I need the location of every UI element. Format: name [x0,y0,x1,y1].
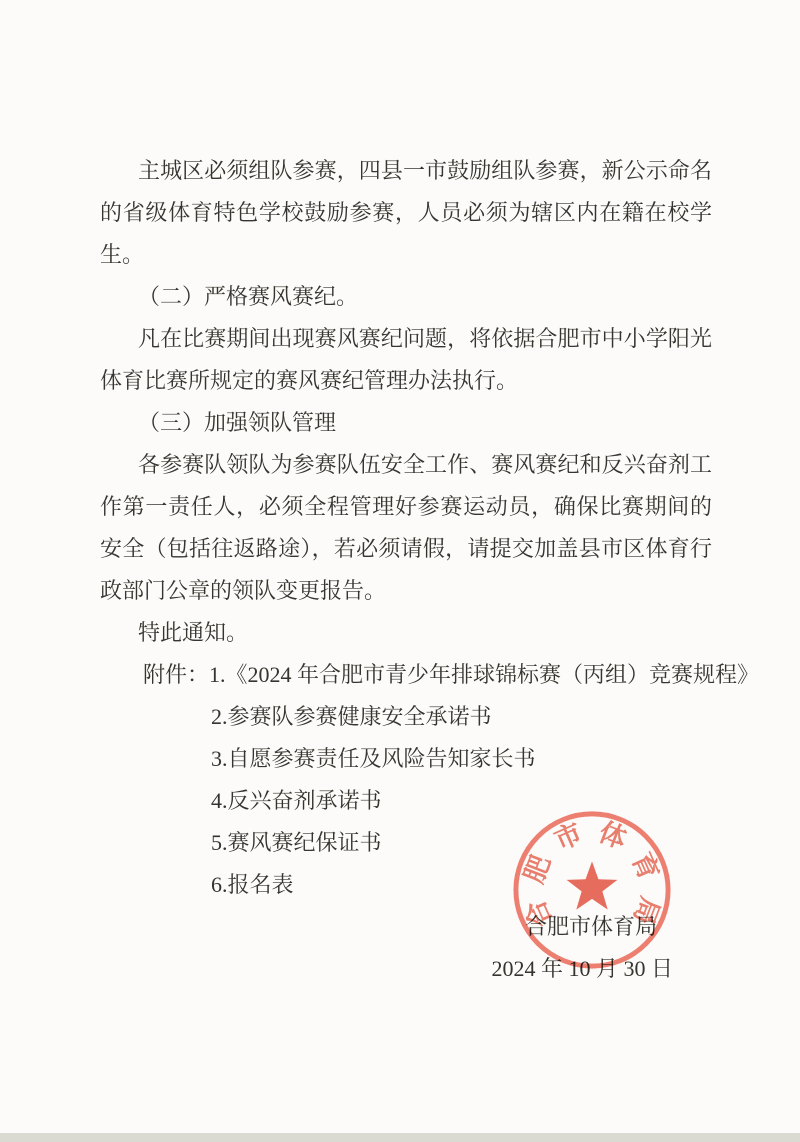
attachment-item: 4.反兴奋剂承诺书 [211,780,712,822]
attachment-item: 6.报名表 [211,864,712,906]
attachment-row: 附件： 1.《2024 年合肥市青少年排球锦标赛（丙组）竞赛规程》 [143,654,712,696]
document-body: 主城区必须组队参赛，四县一市鼓励组队参赛，新公示命名的省级体育特色学校鼓励参赛，… [100,150,712,990]
attachments-label: 附件： [143,654,209,696]
attachment-item: 5.赛风赛纪保证书 [211,822,712,864]
document-page: 主城区必须组队参赛，四县一市鼓励组队参赛，新公示命名的省级体育特色学校鼓励参赛，… [0,0,800,1142]
paragraph: 各参赛队领队为参赛队伍安全工作、赛风赛纪和反兴奋剂工作第一责任人，必须全程管理好… [100,444,712,612]
attachment-item: 1.《2024 年合肥市青少年排球锦标赛（丙组）竞赛规程》 [209,654,759,696]
attachments-list: 附件： 1.《2024 年合肥市青少年排球锦标赛（丙组）竞赛规程》 2.参赛队参… [100,654,712,906]
paragraph: 主城区必须组队参赛，四县一市鼓励组队参赛，新公示命名的省级体育特色学校鼓励参赛，… [100,150,712,276]
attachment-item: 3.自愿参赛责任及风险告知家长书 [211,738,712,780]
attachment-item: 2.参赛队参赛健康安全承诺书 [211,696,712,738]
paragraph: （二）严格赛风赛纪。 [100,276,712,318]
page-edge-shadow [0,1133,800,1142]
signature-org: 合肥市体育局 [100,906,712,948]
signature-date: 2024 年 10 月 30 日 [100,948,712,990]
paragraph: （三）加强领队管理 [100,402,712,444]
paragraph: 凡在比赛期间出现赛风赛纪问题，将依据合肥市中小学阳光体育比赛所规定的赛风赛纪管理… [100,318,712,402]
paragraph: 特此通知。 [100,612,712,654]
